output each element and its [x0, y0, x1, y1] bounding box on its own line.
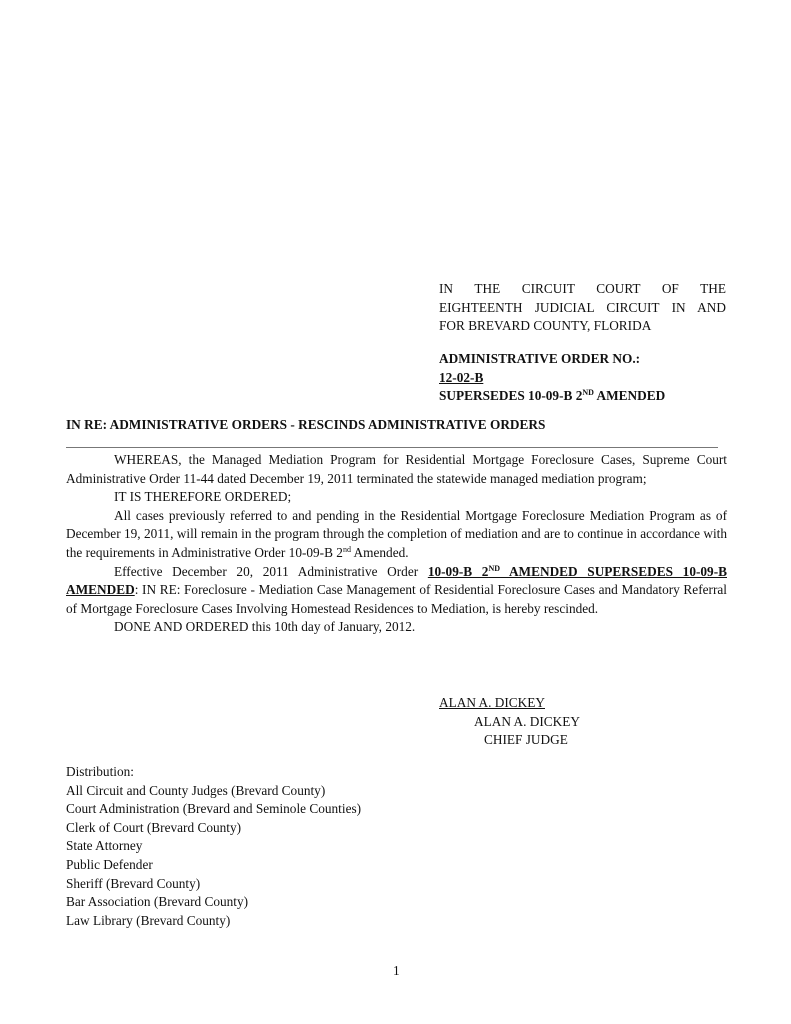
order-body: WHEREAS, the Managed Mediation Program f…	[66, 451, 727, 637]
rescinded-order-ref-part1: 10-09-B 2	[428, 564, 489, 579]
caption-line-1: IN THE CIRCUIT COURT OF THE	[439, 280, 726, 299]
effective-start: Effective December 20, 2011 Administrati…	[114, 564, 428, 579]
caption-line-2: EIGHTEENTH JUDICIAL CIRCUIT IN AND	[439, 299, 726, 318]
list-item: All Circuit and County Judges (Brevard C…	[66, 782, 361, 801]
list-item: Clerk of Court (Brevard County)	[66, 819, 361, 838]
horizontal-rule	[66, 447, 718, 448]
supersedes-line: SUPERSEDES 10-09-B 2ND AMENDED	[439, 387, 665, 406]
effective-end: : IN RE: Foreclosure - Mediation Case Ma…	[66, 582, 727, 616]
supersedes-suffix: AMENDED	[594, 388, 665, 403]
distribution-list: Distribution: All Circuit and County Jud…	[66, 763, 361, 930]
judge-title: CHIEF JUDGE	[439, 731, 639, 750]
order-label: ADMINISTRATIVE ORDER NO.:	[439, 350, 665, 369]
order-number-block: ADMINISTRATIVE ORDER NO.: 12-02-B SUPERS…	[439, 350, 665, 406]
cases-paragraph: All cases previously referred to and pen…	[66, 507, 727, 563]
page-number: 1	[393, 962, 400, 981]
signature: ALAN A. DICKEY	[439, 694, 639, 713]
list-item: Law Library (Brevard County)	[66, 912, 361, 931]
signature-block: ALAN A. DICKEY ALAN A. DICKEY CHIEF JUDG…	[439, 694, 639, 750]
caption-line-3: FOR BREVARD COUNTY, FLORIDA	[439, 317, 726, 336]
supersedes-sup: ND	[582, 388, 594, 397]
list-item: Sheriff (Brevard County)	[66, 875, 361, 894]
whereas-paragraph: WHEREAS, the Managed Mediation Program f…	[66, 451, 727, 488]
printed-name: ALAN A. DICKEY	[439, 713, 639, 732]
done-ordered-paragraph: DONE AND ORDERED this 10th day of Januar…	[66, 618, 727, 637]
list-item: Public Defender	[66, 856, 361, 875]
ordered-paragraph: IT IS THEREFORE ORDERED;	[66, 488, 727, 507]
list-item: State Attorney	[66, 837, 361, 856]
distribution-heading: Distribution:	[66, 763, 361, 782]
list-item: Bar Association (Brevard County)	[66, 893, 361, 912]
order-number: 12-02-B	[439, 369, 665, 388]
list-item: Court Administration (Brevard and Semino…	[66, 800, 361, 819]
cases-end: Amended.	[351, 545, 409, 560]
cases-sup: nd	[343, 545, 351, 554]
effective-paragraph: Effective December 20, 2011 Administrati…	[66, 563, 727, 619]
supersedes-prefix: SUPERSEDES 10-09-B 2	[439, 388, 582, 403]
document-title: IN RE: ADMINISTRATIVE ORDERS - RESCINDS …	[66, 416, 545, 435]
rescinded-order-ref-sup: ND	[488, 564, 500, 573]
court-caption: IN THE CIRCUIT COURT OF THE EIGHTEENTH J…	[439, 280, 726, 336]
